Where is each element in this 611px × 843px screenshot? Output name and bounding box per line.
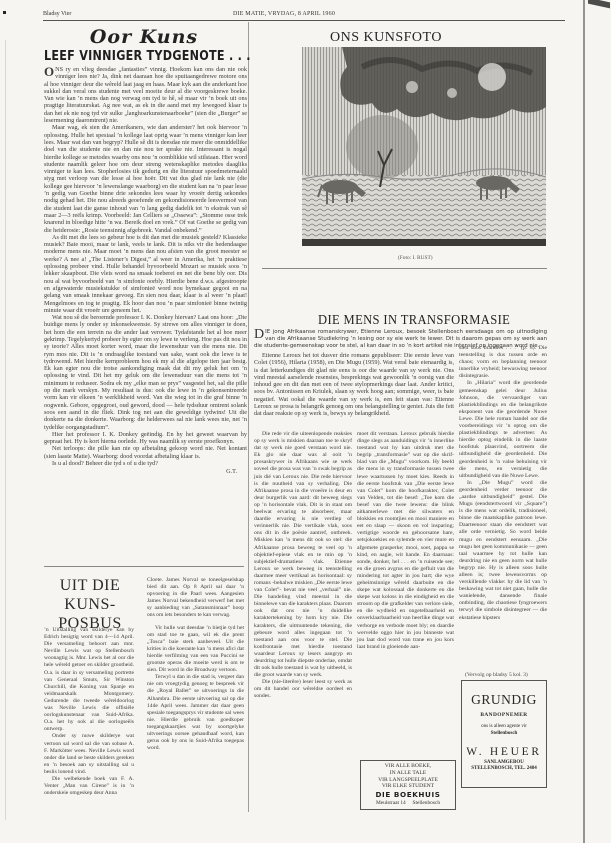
article-paragraph: Is u al dood? Beheer die tyd s of u die … (44, 460, 247, 467)
scan-speck (3, 11, 6, 14)
article-leef-vinniger: ONS ry en vlieg deesdae „fantasties” vin… (44, 66, 247, 476)
ad-line: IN ALLE TALE (361, 770, 455, 777)
dropcap: D (254, 329, 264, 341)
article-wide-paragraph: Etienne Leroux het tot dusver drie roman… (254, 352, 454, 418)
page-label: Bladsy Vier (43, 11, 71, 17)
photo-caption: (Foto: I. RUST) (398, 255, 433, 261)
article-paragraph: Wat nou sê die beroemde professor I. K. … (44, 314, 247, 431)
article-paragraph: Cloete. James Norval se toneelgeselskap … (147, 577, 244, 620)
advert-die-boekhuis: VIR ALLE BOEKE, IN ALLE TALE VIR LANGSPE… (360, 760, 456, 810)
newspaper-page: Bladsy Vier DIE MATIE, VRYDAG, 8 APRIL 1… (0, 0, 611, 843)
author-signature: G.T. (44, 468, 247, 475)
article-paragraph: Terwyl u dan in die stad is, vergeet dan… (147, 674, 244, 752)
ad-line: VIR ELKE STUDENT (361, 783, 455, 790)
photo-horses-in-field (302, 47, 546, 246)
publication-line: DIE MATIE, VRYDAG, 8 APRIL 1960 (233, 11, 335, 17)
article-paragraph: Maar wag, ek sien die Amerikaners, wie d… (44, 124, 247, 233)
article-paragraph: sien soos branders . . .” (p. 8). Die te… (459, 345, 547, 380)
page-right-border (583, 0, 585, 843)
masthead-rule (43, 20, 565, 21)
headline-die-mens-in-transformasie: DIE MENS IN TRANSFORMASIE (318, 312, 523, 328)
article-paragraph: As dit met die lees so gebeur hoe is dit… (44, 234, 247, 314)
transformasie-column-3: sien soos branders . . .” (p. 8). Die te… (459, 345, 547, 622)
ad-product: BANDOPNEMER (462, 712, 546, 718)
continued-notice: (Vervolg op bladsy 5 kol. 3) (465, 672, 528, 678)
column-divider (248, 22, 249, 812)
article-paragraph: Net terloops: die pille kan nie op afbet… (44, 445, 247, 460)
art-photo-horses (302, 47, 546, 246)
article-paragraph: Onder sy nuwe skilderye wat vertoon sal … (44, 733, 134, 776)
headline-leef-vinniger: LEEF VINNIGER TYDGENOTE . . . (44, 49, 219, 64)
headline-uit-die-kunsposbus: UIT DIE KUNS-POSBUS (44, 576, 136, 633)
ad-address: SANLAMGEBOU STELLENBOSCH, TEL. 2484 (462, 760, 546, 772)
transformasie-column-1: Die rede vir die uiteenlopende reaksies … (254, 431, 352, 701)
section-rule (44, 566, 244, 567)
advert-grundig: GRUNDIG BANDOPNEMER ons is alleen agente… (461, 680, 547, 788)
article-paragraph: Hier het professor I. K. Donkey geëindig… (44, 431, 247, 446)
heading-ons-kunsfoto: ONS KUNSFOTO (330, 30, 530, 46)
section-heading-oor-kuns: Oor Kuns (44, 26, 244, 48)
article-paragraph: ’n Uitstalling van skilderye kan by Edri… (44, 627, 134, 733)
article-paragraph: Die (nie-literêre) leser leest sy werk a… (254, 679, 352, 700)
article-paragraph: ONS ry en vlieg deesdae „fantasties” vin… (44, 66, 247, 124)
ad-brand: DIE BOEKHUIS (361, 790, 455, 800)
ad-dealer: W. HEUER (462, 746, 546, 758)
ad-agent-line: ons is alleen agente vir Stellenbosch (462, 724, 546, 737)
kunsposbus-column-2: Cloete. James Norval se toneelgeselskap … (147, 577, 244, 752)
kunsposbus-column-1: ’n Uitstalling van skilderye kan by Edri… (44, 627, 134, 797)
article-paragraph: In „Die Mugu” word die geordenheid verde… (459, 480, 547, 622)
article-paragraph: Die rede vir die uiteenlopende reaksies … (254, 431, 352, 679)
ad-line: VIR ALLE BOEKE, (361, 763, 455, 770)
article-paragraph: Vir hulle wat deesdae ’n bietjie tyd het… (147, 625, 244, 675)
ad-address: Meulstraat 14 Stellenbosch (361, 800, 455, 807)
section-rule (262, 268, 547, 269)
ad-line: VIR LANGSPEELPLATE (361, 777, 455, 784)
article-paragraph: Die welbekende boek van F. A. Venter „Ma… (44, 776, 134, 797)
article-paragraph: Etienne Leroux het tot dusver drie roman… (254, 352, 454, 418)
scan-corner-mark (588, 0, 610, 8)
page-edge-line (5, 40, 6, 820)
dropcap: O (44, 66, 54, 77)
ad-brand: GRUNDIG (462, 692, 546, 708)
article-paragraph: moet dit verstaan. Leroux gebruik hierdi… (357, 431, 454, 651)
article-paragraph: In „Hilaria” word die geordende gemeensk… (459, 380, 547, 479)
transformasie-column-2: moet dit verstaan. Leroux gebruik hierdi… (357, 431, 454, 651)
